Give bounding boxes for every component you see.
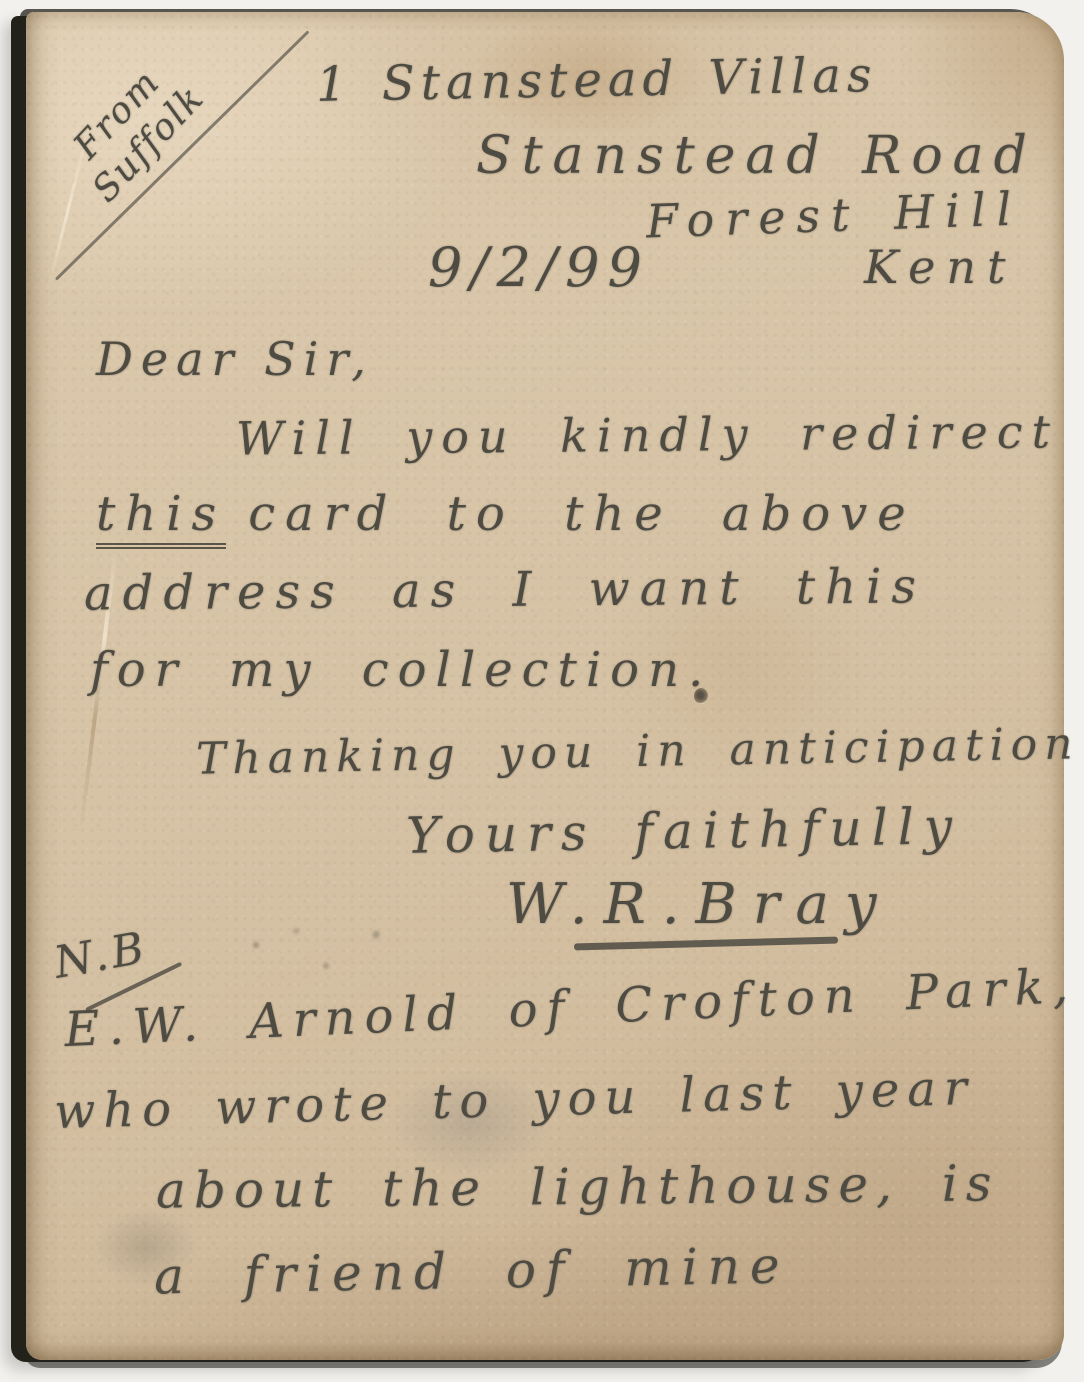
date: 9/2/99 [428,236,650,299]
valediction: Yours faithfully [406,797,963,865]
postscript-line-4: a friend of mine [154,1236,790,1305]
postcard: From Suffolk 1 Stanstead Villas Stanstea… [26,12,1064,1360]
body-line-3: address as I want this [84,558,926,621]
return-address-line-4: Kent [864,240,1016,294]
return-address-line-2: Stanstead Road [476,126,1037,186]
postscript-line-3: about the lighthouse, is [156,1154,1000,1219]
salutation: Dear Sir, [96,332,374,386]
underlined-word-this: this [96,486,226,549]
return-address-line-1: 1 Stanstead Villas [316,47,878,113]
body-line-2: thiscard to the above [96,486,916,542]
body-line-2-rest: card to the above [248,486,916,542]
body-line-1: Will you kindly redirect [236,404,1059,465]
signature: W.R.Bray [506,872,892,937]
body-line-4: for my collection. [90,642,712,698]
